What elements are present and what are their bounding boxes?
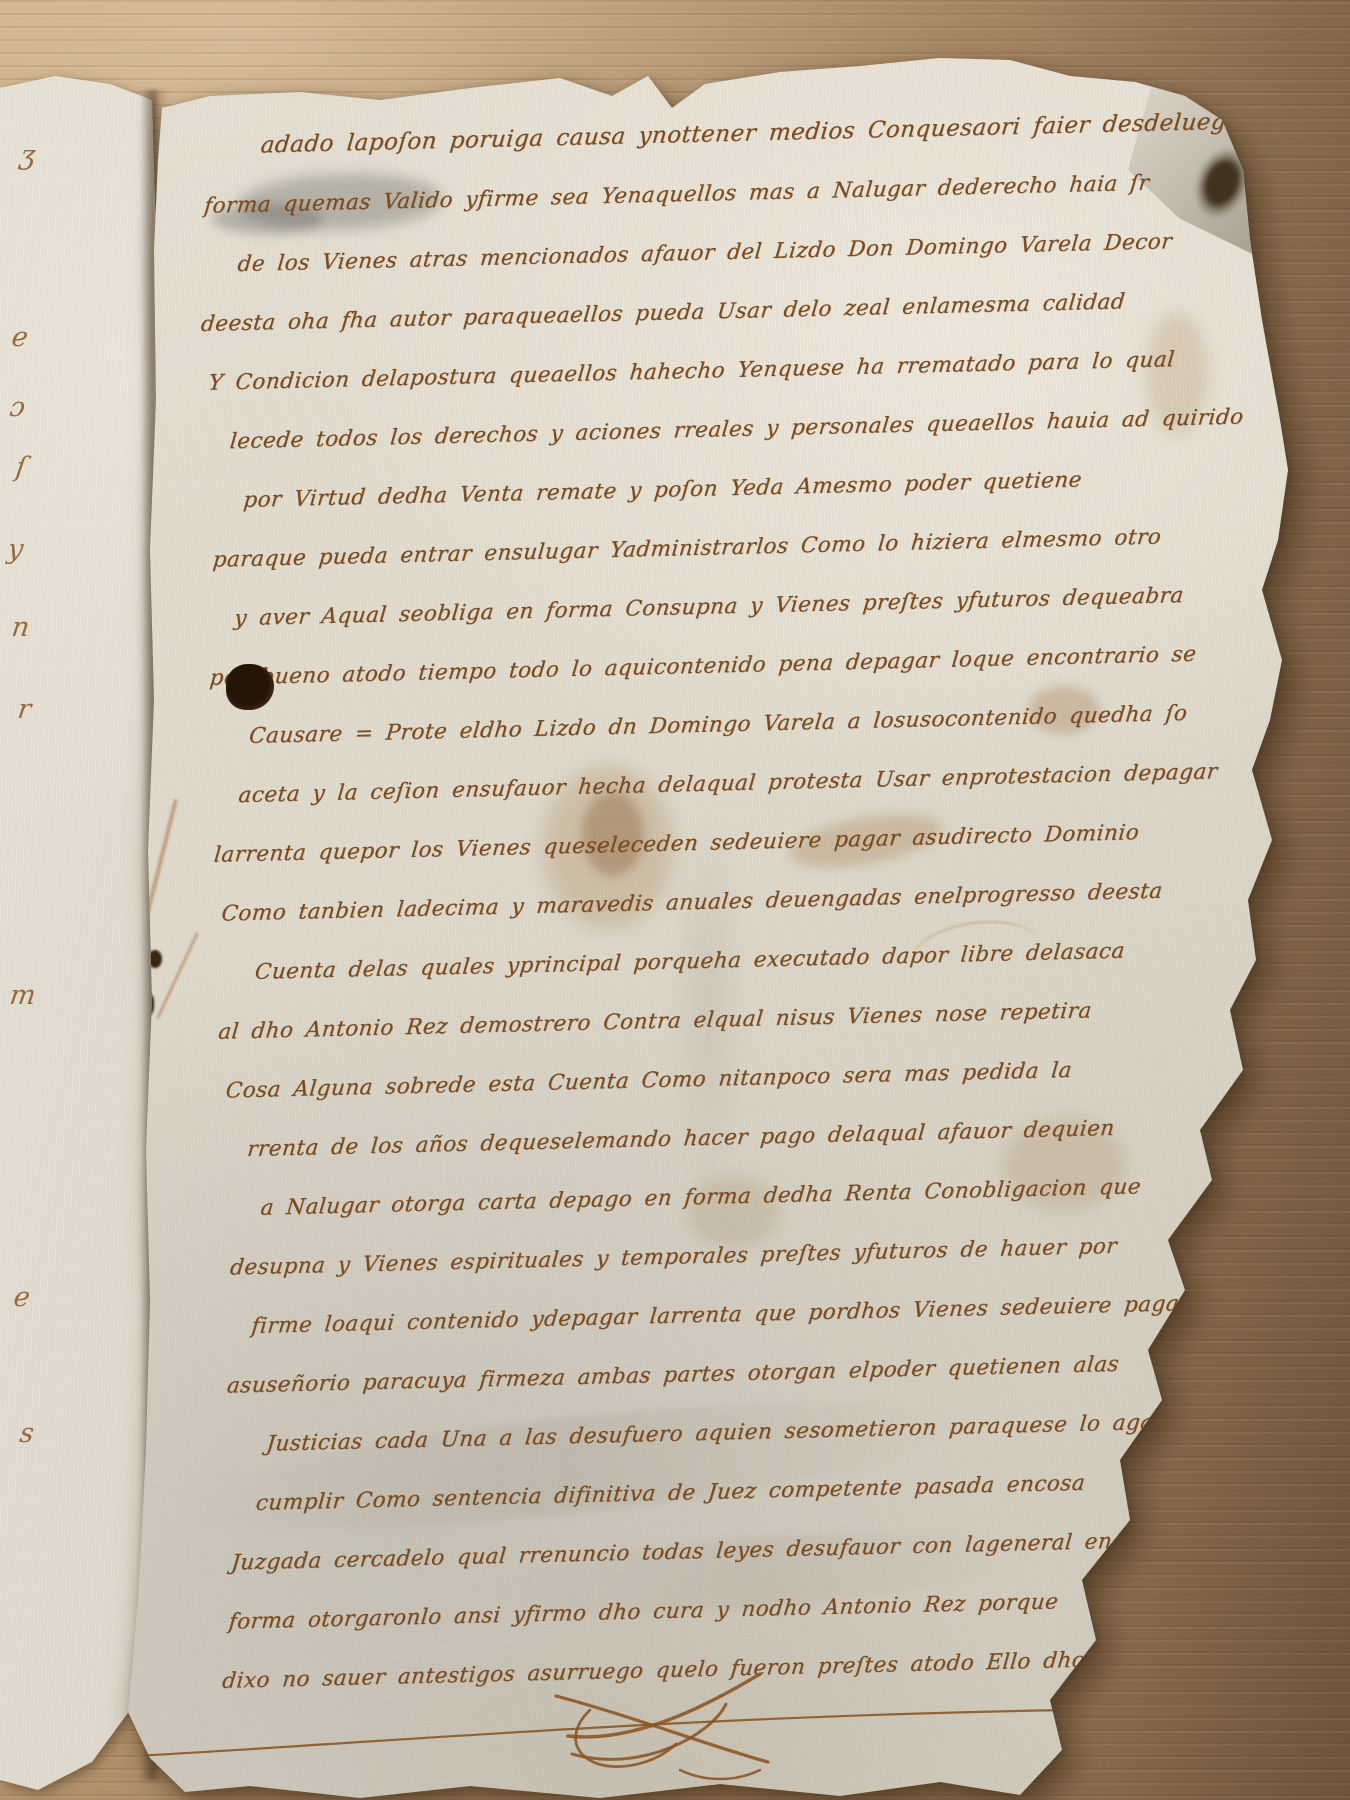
notary-rubric-flourish-icon [120, 1668, 1100, 1796]
manuscript-page-wrap: adado lapoſon poruiga causa ynottener me… [0, 0, 1350, 1800]
rust-streak [122, 799, 178, 1009]
paper-hole-speck [148, 950, 162, 968]
rust-streak [156, 932, 199, 1019]
paper-hole-speck [112, 1274, 128, 1290]
photographed-manuscript-scene: ʒeɔſynrmes adado lapoſon poruiga causa y… [0, 0, 1350, 1800]
paper-hole-speck [134, 992, 154, 1018]
manuscript-page: adado lapoſon poruiga causa ynottener me… [0, 0, 1350, 1800]
manuscript-text: adado lapoſon poruiga causa ynottener me… [196, 95, 1175, 1710]
